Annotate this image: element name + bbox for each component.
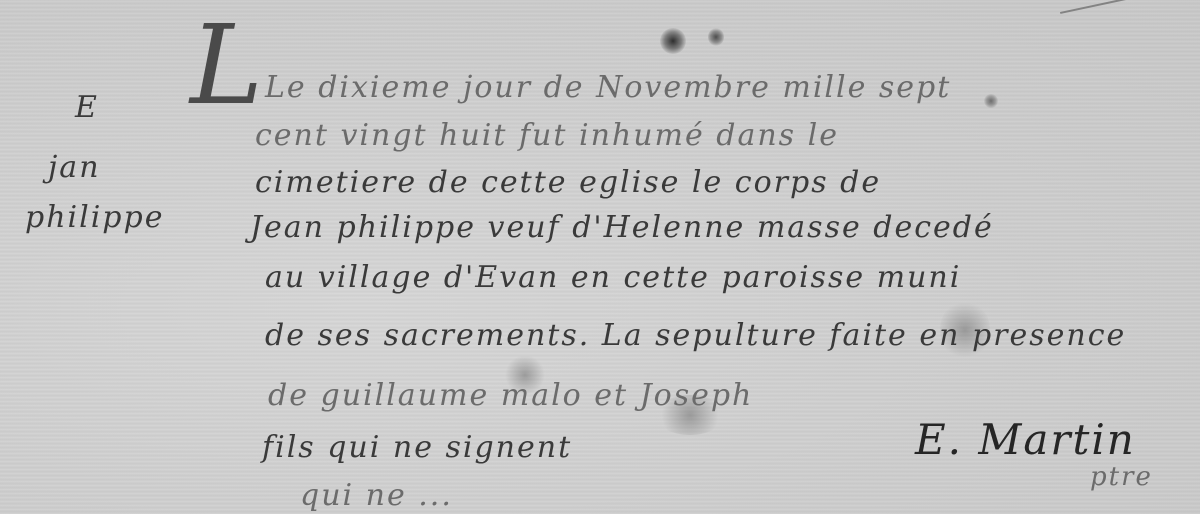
entry-line-7: de guillaume malo et Joseph bbox=[268, 378, 753, 413]
entry-line-1: Le dixieme jour de Novembre mille sept bbox=[265, 70, 951, 105]
margin-name-first: jan bbox=[48, 150, 101, 185]
ink-blot bbox=[660, 28, 686, 54]
entry-line-5: au village d'Evan en cette paroisse muni bbox=[265, 260, 961, 295]
entry-line-4: Jean philippe veuf d'Helenne masse deced… bbox=[250, 210, 994, 245]
ornate-initial-L: L bbox=[190, 10, 263, 120]
register-page-scan: L E jan philippe Le dixieme jour de Nove… bbox=[0, 0, 1200, 514]
pen-stroke bbox=[1060, 0, 1178, 14]
ink-blot bbox=[708, 28, 724, 46]
entry-line-9: qui ne ... bbox=[300, 478, 453, 513]
signature-title: ptre bbox=[1090, 462, 1153, 492]
ink-blot bbox=[984, 94, 998, 108]
margin-name-last: philippe bbox=[25, 200, 164, 235]
margin-initial: E bbox=[75, 90, 99, 125]
priest-signature: E. Martin bbox=[915, 415, 1136, 464]
entry-line-6: de ses sacrements. La sepulture faite en… bbox=[265, 318, 1126, 353]
entry-line-8: fils qui ne signent bbox=[262, 430, 572, 465]
entry-line-3: cimetiere de cette eglise le corps de bbox=[255, 165, 881, 200]
entry-line-2: cent vingt huit fut inhumé dans le bbox=[255, 118, 839, 153]
